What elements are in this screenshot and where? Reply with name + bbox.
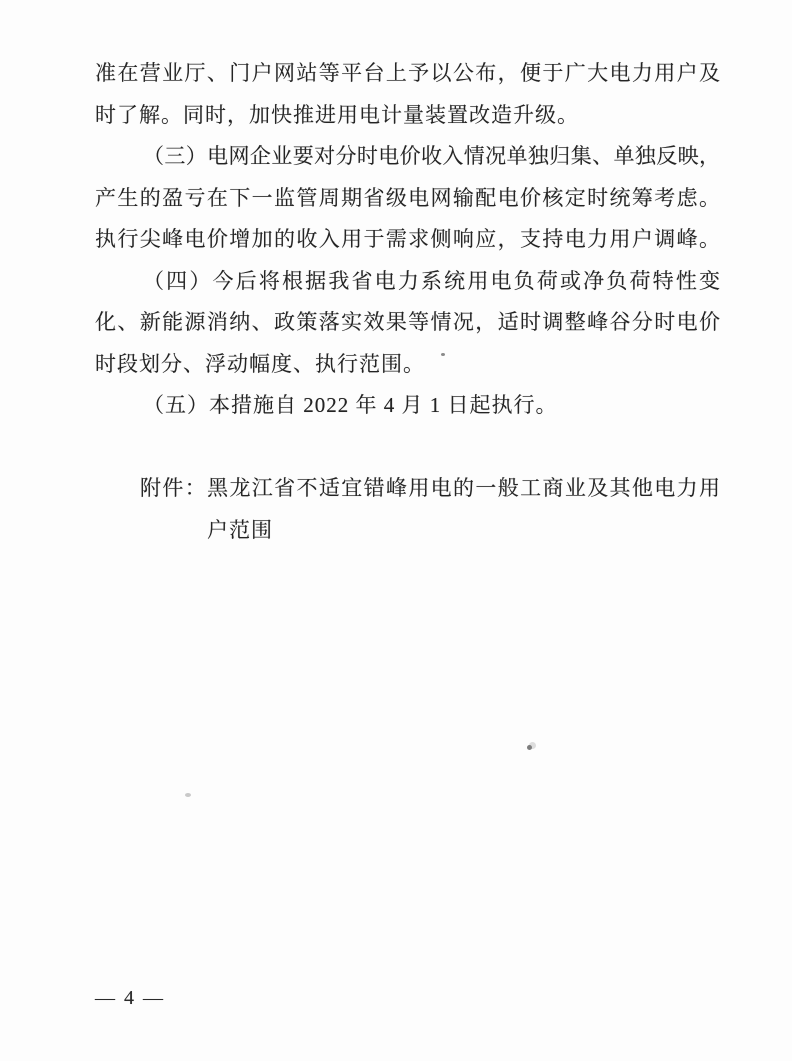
text-line: （五）本措施自 2022 年 4 月 1 日起执行。	[95, 385, 720, 427]
scanned-document-page: 准在营业厅、门户网站等平台上予以公布，便于广大电力用户及 时了解。同时，加快推进…	[0, 0, 792, 1061]
text-line: 产生的盈亏在下一监管周期省级电网输配电价核定时统筹考虑。	[95, 178, 720, 220]
attachment-line: 附件：黑龙江省不适宜错峰用电的一般工商业及其他电力用	[95, 468, 720, 510]
document-body: 准在营业厅、门户网站等平台上予以公布，便于广大电力用户及 时了解。同时，加快推进…	[95, 53, 720, 551]
scan-speck	[527, 745, 532, 750]
text-line: 时段划分、浮动幅度、执行范围。	[95, 344, 720, 386]
text-line: 化、新能源消纳、政策落实效果等情况，适时调整峰谷分时电价	[95, 302, 720, 344]
attachment-note: 附件：黑龙江省不适宜错峰用电的一般工商业及其他电力用 户范围	[95, 468, 720, 551]
text-line: 时了解。同时，加快推进用电计量装置改造升级。	[95, 95, 720, 137]
page-number: — 4 —	[95, 987, 165, 1009]
text-line: 准在营业厅、门户网站等平台上予以公布，便于广大电力用户及	[95, 53, 720, 95]
attachment-line: 户范围	[95, 510, 720, 552]
text-line: 执行尖峰电价增加的收入用于需求侧响应，支持电力用户调峰。	[95, 219, 720, 261]
text-line: （四）今后将根据我省电力系统用电负荷或净负荷特性变	[95, 261, 720, 303]
text-line: （三）电网企业要对分时电价收入情况单独归集、单独反映，	[95, 136, 720, 178]
scan-speck	[441, 353, 445, 356]
scan-speck	[185, 793, 191, 797]
